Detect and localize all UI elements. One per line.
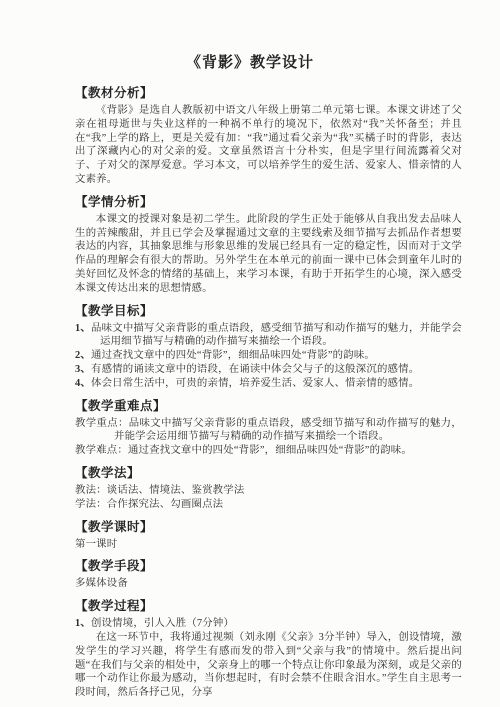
document-page: 《背影》教学设计 【教材分析】 《背影》是选自人教版初中语文八年级上册第二单元第… xyxy=(0,0,500,707)
section-objectives: 【教学目标】 1、品味文中描写父亲背影的重点语段，感受细节描写和动作描写的魅力，… xyxy=(75,304,462,391)
process-step: 1、创设情境，引人入胜（7分钟） xyxy=(75,617,462,631)
process-body: 在这一环节中，我将通过视频（刘永刚《父亲》3分半钟）导入，创设情境，激发学生的学… xyxy=(75,631,462,700)
document-title: 《背影》教学设计 xyxy=(0,54,500,73)
material-analysis-heading: 【教材分析】 xyxy=(75,86,462,101)
process-step-number: 1、 xyxy=(75,618,91,629)
methods-heading: 【教学法】 xyxy=(75,466,462,481)
section-material-analysis: 【教材分析】 《背影》是选自人教版初中语文八年级上册第二单元第七课。本课文讲述了… xyxy=(75,86,462,187)
objective-number: 2、 xyxy=(75,350,91,361)
section-process: 【教学过程】 1、创设情境，引人入胜（7分钟） 在这一环节中，我将通过视频（刘永… xyxy=(75,599,462,700)
objective-text: 品味文中描写父亲背影的重点语段，感受细节描写和动作描写的魅力，并能学会运用细节描… xyxy=(91,323,462,348)
objective-text: 通过查找文章中的四处“背影”，细细品味四处“背影”的韵味。 xyxy=(91,350,375,361)
objective-item: 3、有感情的诵读文章中的语段，在诵读中体会父与子的这般深沉的感情。 xyxy=(75,363,462,377)
objectives-heading: 【教学目标】 xyxy=(75,304,462,319)
key-difficult-heading: 【教学重难点】 xyxy=(75,399,462,414)
means-body: 多媒体设备 xyxy=(75,577,462,591)
objective-item: 4、体会日常生活中，可贵的亲情，培养爱生活、爱家人、惜亲情的感情。 xyxy=(75,377,462,391)
key-point-line: 教学重点：品味文中描写父亲背影的重点语段，感受细节描写和动作描写的魅力，并能学会… xyxy=(75,417,462,445)
difficult-point-line: 教学难点：通过查找文章中的四处“背影”，细细品味四处“背影”的韵味。 xyxy=(75,444,462,458)
objective-number: 3、 xyxy=(75,364,91,375)
section-key-difficult-points: 【教学重难点】 教学重点：品味文中描写父亲背影的重点语段，感受细节描写和动作描写… xyxy=(75,399,462,458)
learner-analysis-heading: 【学情分析】 xyxy=(75,195,462,210)
means-heading: 【教学手段】 xyxy=(75,559,462,574)
objective-number: 4、 xyxy=(75,378,91,389)
objective-item: 1、品味文中描写父亲背影的重点语段，感受细节描写和动作描写的魅力，并能学会运用细… xyxy=(75,322,462,350)
material-analysis-body: 《背影》是选自人教版初中语文八年级上册第二单元第七课。本课文讲述了父亲在祖母逝世… xyxy=(75,104,462,187)
section-learner-analysis: 【学情分析】 本课文的授课对象是初二学生。此阶段的学生正处于能够从自我出发去品味… xyxy=(75,195,462,296)
objective-text: 有感情的诵读文章中的语段，在诵读中体会父与子的这般深沉的感情。 xyxy=(91,364,419,375)
objective-text: 体会日常生活中，可贵的亲情，培养爱生活、爱家人、惜亲情的感情。 xyxy=(91,378,419,389)
section-teaching-methods: 【教学法】 教法：谈话法、情境法、鉴赏教学法 学法：合作探究法、勾画圈点法 xyxy=(75,466,462,512)
teaching-method-line: 教法：谈话法、情境法、鉴赏教学法 xyxy=(75,484,462,498)
process-step-title: 创设情境，引人入胜（7分钟） xyxy=(91,618,234,629)
objective-number: 1、 xyxy=(75,323,91,334)
objective-item: 2、通过查找文章中的四处“背影”，细细品味四处“背影”的韵味。 xyxy=(75,349,462,363)
learning-method-line: 学法：合作探究法、勾画圈点法 xyxy=(75,498,462,512)
section-means: 【教学手段】 多媒体设备 xyxy=(75,559,462,591)
periods-body: 第一课时 xyxy=(75,538,462,552)
process-heading: 【教学过程】 xyxy=(75,599,462,614)
section-periods: 【教学课时】 第一课时 xyxy=(75,520,462,552)
periods-heading: 【教学课时】 xyxy=(75,520,462,535)
learner-analysis-body: 本课文的授课对象是初二学生。此阶段的学生正处于能够从自我出发去品味人生的苦辣酸甜… xyxy=(75,213,462,296)
